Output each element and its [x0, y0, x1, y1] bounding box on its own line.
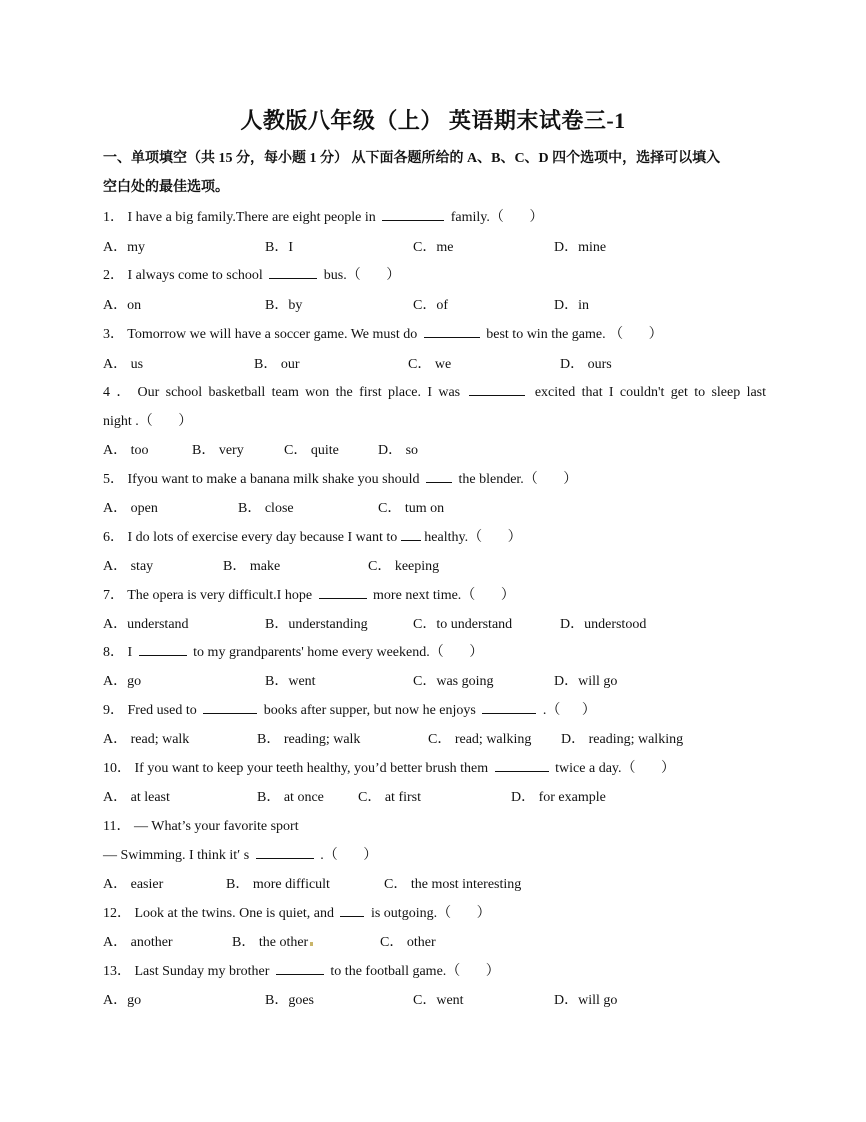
answer-paren: ）: [501, 584, 515, 604]
option-d: D． ours: [560, 353, 612, 373]
question-number: 3．: [103, 327, 124, 342]
option-a: A．go: [103, 989, 141, 1009]
option-b: B．understanding: [265, 613, 368, 633]
exam-page: 人教版八年级（上） 英语期末试卷三-1 一、单项填空（共 15 分，每小题 1 …: [0, 0, 866, 1122]
option-a: A． easier: [103, 873, 163, 893]
option-b: B． very: [192, 439, 244, 459]
question-text: Last Sunday my brother: [135, 964, 270, 979]
answer-blank: [276, 962, 324, 975]
question-number: 2．: [103, 268, 124, 283]
answer-paren: ）: [661, 757, 675, 777]
answer-paren: ）: [178, 410, 192, 430]
answer-blank: [495, 759, 549, 772]
question-3: 3． Tomorrow we will have a soccer game. …: [103, 323, 663, 343]
question-number: 1．: [103, 210, 124, 225]
option-d: D．will go: [554, 989, 617, 1009]
option-d: D．understood: [560, 613, 646, 633]
answer-blank: [469, 383, 525, 396]
option-c: C．to understand: [413, 613, 512, 633]
option-b: B．went: [265, 670, 316, 690]
option-b: B．I: [265, 236, 293, 256]
mark-dot: [310, 942, 313, 946]
question-5: 5． Ifyou want to make a banana milk shak…: [103, 468, 577, 488]
question-number: 13．: [103, 964, 131, 979]
option-c: C． tum on: [378, 497, 444, 517]
answer-paren: ）: [477, 902, 491, 922]
answer-blank: [482, 701, 536, 714]
question-text: the blender.（: [458, 472, 537, 487]
option-c: C． the most interesting: [384, 873, 521, 893]
section-instruction-line2: 空白处的最佳选项。: [103, 176, 763, 196]
question-4-continued: night .（ ）: [103, 410, 192, 430]
answer-blank: [340, 904, 364, 917]
option-c: C． other: [380, 931, 436, 951]
option-a: A． stay: [103, 555, 153, 575]
answer-blank: [203, 701, 257, 714]
option-d: D．mine: [554, 236, 606, 256]
option-b: B． more difficult: [226, 873, 330, 893]
question-text: I always come to school: [128, 268, 263, 283]
answer-blank: [269, 266, 317, 279]
option-c: C．me: [413, 236, 453, 256]
option-b: B．goes: [265, 989, 314, 1009]
option-a: A． read; walk: [103, 728, 189, 748]
question-text: I: [128, 645, 133, 660]
option-b: B． at once: [257, 786, 324, 806]
question-text: healthy.（: [424, 530, 482, 545]
answer-blank: [319, 586, 367, 599]
option-c: C． at first: [358, 786, 421, 806]
question-11-continued: — Swimming. I think it′ s .（ ）: [103, 844, 377, 864]
question-number: 12．: [103, 906, 131, 921]
question-text: family.（: [451, 210, 504, 225]
answer-blank: [256, 846, 314, 859]
question-number: 6．: [103, 530, 124, 545]
option-d: D．in: [554, 294, 589, 314]
question-text: to my grandparents' home every weekend.（: [193, 645, 444, 660]
option-b: B． reading; walk: [257, 728, 360, 748]
question-number: 8．: [103, 645, 124, 660]
exam-title: 人教版八年级（上） 英语期末试卷三-1: [0, 104, 866, 135]
option-a: A． open: [103, 497, 158, 517]
question-text: .（: [320, 848, 338, 863]
option-b: B． close: [238, 497, 294, 517]
question-text: to the football game.（: [330, 964, 460, 979]
option-d: D． so: [378, 439, 418, 459]
option-a: A．understand: [103, 613, 189, 633]
question-text: excited that I couldn't get to sleep las…: [535, 385, 766, 400]
question-number: 5．: [103, 472, 124, 487]
question-12: 12． Look at the twins. One is quiet, and…: [103, 902, 491, 922]
answer-paren: ）: [582, 699, 596, 719]
question-text: I have a big family.There are eight peop…: [128, 210, 376, 225]
answer-paren: ）: [508, 526, 522, 546]
question-text: best to win the game. （: [486, 327, 623, 342]
option-b-text: B． the other: [232, 935, 308, 950]
question-text: night .（: [103, 414, 153, 429]
question-text: twice a day.（: [555, 761, 635, 776]
question-1: 1． I have a big family.There are eight p…: [103, 206, 543, 226]
question-2: 2． I always come to school bus.（ ）: [103, 264, 400, 284]
question-number: 10．: [103, 761, 131, 776]
question-13: 13． Last Sunday my brother to the footba…: [103, 960, 500, 980]
question-text: — Swimming. I think it′ s: [103, 848, 249, 863]
question-text: The opera is very difficult.I hope: [127, 588, 312, 603]
option-c: C． quite: [284, 439, 339, 459]
option-a: A． us: [103, 353, 143, 373]
option-c: C．of: [413, 294, 448, 314]
option-c: C． read; walking: [428, 728, 531, 748]
option-d: D．will go: [554, 670, 617, 690]
section-instruction-line1: 一、单项填空（共 15 分，每小题 1 分） 从下面各题所给的 A、B、C、D …: [103, 147, 763, 167]
option-c: C．went: [413, 989, 464, 1009]
question-text: is outgoing.（: [371, 906, 451, 921]
question-text: I do lots of exercise every day because …: [128, 530, 398, 545]
option-c: C． we: [408, 353, 451, 373]
answer-blank: [139, 643, 187, 656]
question-number: 9．: [103, 703, 124, 718]
option-b: B． our: [254, 353, 300, 373]
question-9: 9． Fred used to books after supper, but …: [103, 699, 596, 719]
question-text: more next time.（: [373, 588, 475, 603]
answer-blank: [401, 528, 421, 541]
answer-paren: ）: [649, 323, 663, 343]
option-a: A． at least: [103, 786, 170, 806]
question-text: If you want to keep your teeth healthy, …: [135, 761, 489, 776]
question-text: Tomorrow we will have a soccer game. We …: [127, 327, 417, 342]
question-text: Our school basketball team won the first…: [138, 385, 461, 400]
question-number: 11．: [103, 819, 130, 834]
answer-paren: ）: [386, 264, 400, 284]
answer-blank: [382, 208, 444, 221]
answer-paren: ）: [363, 844, 377, 864]
answer-paren: ）: [486, 960, 500, 980]
answer-paren: ）: [563, 468, 577, 488]
answer-paren: ）: [469, 641, 483, 661]
option-a: A．go: [103, 670, 141, 690]
question-11: 11． — What’s your favorite sport: [103, 815, 299, 835]
question-text: Ifyou want to make a banana milk shake y…: [128, 472, 420, 487]
question-text: bus.（: [324, 268, 361, 283]
answer-blank: [424, 325, 480, 338]
option-a: A． too: [103, 439, 149, 459]
option-a: A．my: [103, 236, 145, 256]
question-text: .（: [543, 703, 561, 718]
option-d: D． reading; walking: [561, 728, 683, 748]
question-number: 7．: [103, 588, 124, 603]
question-10: 10． If you want to keep your teeth healt…: [103, 757, 675, 777]
question-number: 4 ．: [103, 385, 131, 400]
option-c: C．was going: [413, 670, 494, 690]
question-7: 7． The opera is very difficult.I hope mo…: [103, 584, 515, 604]
question-8: 8． I to my grandparents' home every week…: [103, 641, 483, 661]
question-text: Look at the twins. One is quiet, and: [135, 906, 334, 921]
answer-paren: ）: [529, 206, 543, 226]
option-a: A．on: [103, 294, 141, 314]
question-6: 6． I do lots of exercise every day becau…: [103, 526, 522, 546]
option-d: D． for example: [511, 786, 606, 806]
option-b: B．by: [265, 294, 302, 314]
answer-blank: [426, 470, 452, 483]
question-text: — What’s your favorite sport: [134, 819, 299, 834]
question-4: 4 ． Our school basketball team won the f…: [103, 381, 766, 401]
option-b: B． make: [223, 555, 280, 575]
question-text: books after supper, but now he enjoys: [264, 703, 476, 718]
option-c: C． keeping: [368, 555, 439, 575]
option-a: A． another: [103, 931, 173, 951]
question-text: Fred used to: [128, 703, 197, 718]
option-b: B． the other: [232, 931, 313, 951]
